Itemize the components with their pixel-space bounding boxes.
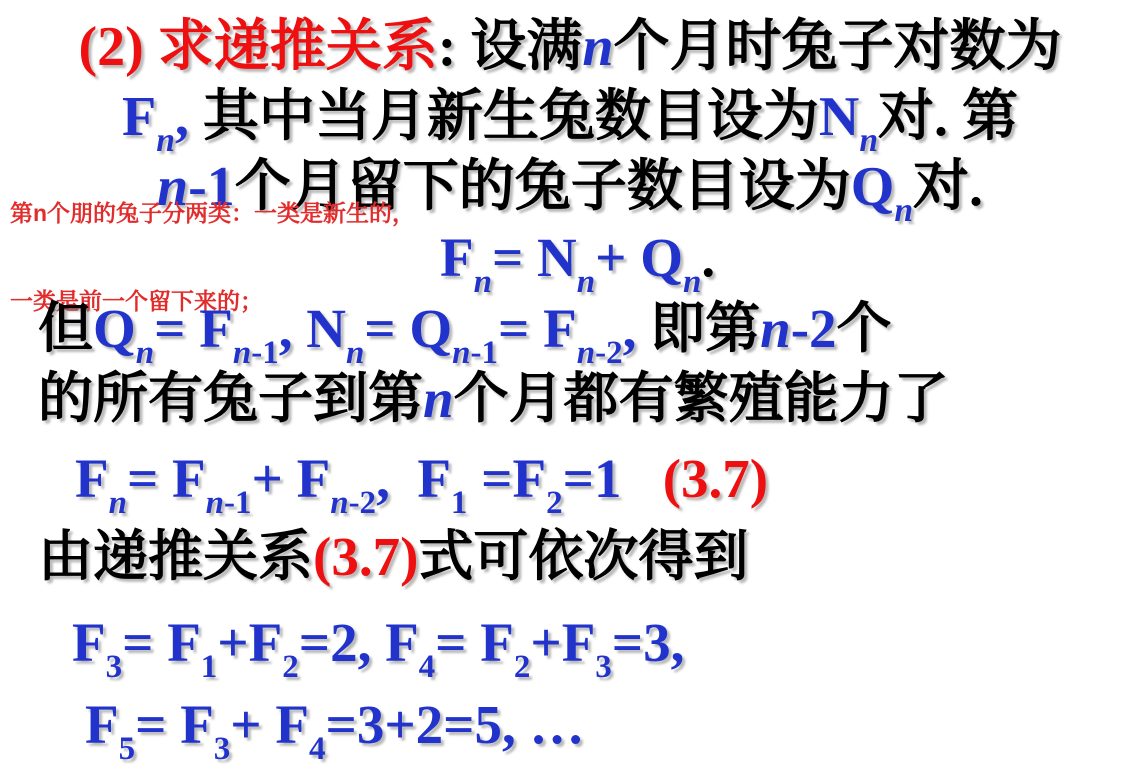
subscript-segment: 4 <box>309 731 326 767</box>
text-segment: +F <box>217 612 282 673</box>
subscript-segment: 3 <box>595 649 612 685</box>
text-segment: N <box>819 86 859 148</box>
subscript-segment: n <box>233 335 251 371</box>
text-segment: , <box>623 298 651 359</box>
equation-f3-f4: F3= F1+F2=2, F4= F2+F3=3, <box>72 608 1140 678</box>
text-segment: 即第 <box>650 298 760 359</box>
text-segment: (3.7) <box>313 526 418 587</box>
equation-sum: Fn= Nn+ Qn. <box>440 223 715 293</box>
subscript-segment: n <box>474 264 492 300</box>
text-segment: n <box>760 298 791 359</box>
text-segment: 个 <box>837 298 892 359</box>
text-segment: + F <box>230 694 309 755</box>
text-segment: = Q <box>364 298 452 359</box>
equation-recurrence: Fn= Fn-1+ Fn-2, F1 =F2=1 (3.7) <box>75 444 1140 514</box>
text-segment: 的所有兔子到第 <box>38 368 423 429</box>
title-line-1: (2) 求递推关系: 设满n个月时兔子对数为 <box>0 12 1140 82</box>
text-segment: Q <box>851 156 895 218</box>
text-segment: 但 <box>38 298 93 359</box>
text-segment: -2 <box>791 298 837 359</box>
text-segment: = F <box>498 298 577 359</box>
text-segment: 式可依次得到 <box>418 526 748 587</box>
text-segment: . <box>701 227 715 288</box>
text-segment: +F <box>530 612 595 673</box>
subscript-segment: 4 <box>419 649 436 685</box>
text-segment: , N <box>279 298 346 359</box>
title-line-2: Fn, 其中当月新生兔数目设为Nn对. 第 <box>0 82 1140 152</box>
text-segment: =2, F <box>299 612 419 673</box>
subscript-segment: -1 <box>224 485 252 521</box>
slide: (2) 求递推关系: 设满n个月时兔子对数为 Fn, 其中当月新生兔数目设为Nn… <box>0 0 1140 770</box>
note-row: 第n个朋的兔子分两类：一类是新生的， 一类是前一个留下来的； Fn= Nn+ Q… <box>0 222 1140 294</box>
text-segment: + F <box>252 448 331 509</box>
text-segment: =F <box>467 448 546 509</box>
text-segment: 个月都有繁殖能力了 <box>454 368 949 429</box>
subscript-segment: n <box>156 122 175 159</box>
text-segment: : 设满 <box>438 16 583 78</box>
subscript-segment: 5 <box>119 731 136 767</box>
text-segment: 由递推关系 <box>38 526 313 587</box>
subscript-segment: n <box>330 485 348 521</box>
text-segment: = F <box>127 448 206 509</box>
subscript-segment: n <box>577 335 595 371</box>
subscript-segment: n <box>894 192 913 229</box>
subscript-segment: n <box>577 264 595 300</box>
text-segment: = F <box>122 612 201 673</box>
subscript-segment: -1 <box>471 335 499 371</box>
subscript-segment: -2 <box>349 485 377 521</box>
text-segment: = F <box>435 612 514 673</box>
text-segment: F <box>122 86 156 148</box>
text-segment: 其中当月新生兔数目设为 <box>203 86 819 148</box>
subscript-segment: n <box>109 485 127 521</box>
text-segment: 对. 第 <box>878 86 1018 148</box>
line-breeding-ability: 的所有兔子到第n个月都有繁殖能力了 <box>38 364 1140 434</box>
text-segment: Q <box>93 298 136 359</box>
text-segment: =1 <box>563 448 622 509</box>
text-segment: = F <box>154 298 233 359</box>
subscript-segment: 2 <box>514 649 531 685</box>
text-segment: (3.7) <box>621 448 768 509</box>
note-line-1: 第n个朋的兔子分两类：一类是新生的， <box>10 199 440 228</box>
text-segment: , F <box>376 448 451 509</box>
subscript-segment: n <box>346 335 364 371</box>
text-segment: (2) 求递推关系 <box>78 16 437 78</box>
subscript-segment: 1 <box>201 649 218 685</box>
subscript-segment: n <box>859 122 878 159</box>
subscript-segment: 3 <box>214 731 231 767</box>
subscript-segment: -2 <box>595 335 623 371</box>
subscript-segment: n <box>683 264 701 300</box>
text-segment: 个月时兔子对数为 <box>614 16 1062 78</box>
subscript-segment: n <box>206 485 224 521</box>
subscript-segment: n <box>452 335 470 371</box>
text-segment: F <box>440 227 474 288</box>
text-segment: + Q <box>595 227 683 288</box>
text-segment: 对. <box>913 156 983 218</box>
text-segment: F <box>72 612 106 673</box>
line-qn-relations: 但Qn= Fn-1, Nn= Qn-1= Fn-2, 即第n-2个 <box>38 294 1140 364</box>
text-segment: = N <box>492 227 577 288</box>
text-segment: = F <box>135 694 214 755</box>
text-segment: =3+2=5, … <box>325 694 584 755</box>
subscript-segment: 1 <box>451 485 468 521</box>
subscript-segment: 2 <box>282 649 299 685</box>
text-segment: n <box>582 16 613 78</box>
line-from-recurrence: 由递推关系(3.7)式可依次得到 <box>38 522 1140 592</box>
text-segment: F <box>75 448 109 509</box>
text-segment: F <box>85 694 119 755</box>
subscript-segment: 2 <box>546 485 563 521</box>
text-segment: , <box>175 86 203 148</box>
text-segment: n <box>423 368 454 429</box>
subscript-segment: -1 <box>251 335 279 371</box>
text-segment: =3, <box>612 612 685 673</box>
subscript-segment: 3 <box>106 649 123 685</box>
subscript-segment: n <box>136 335 154 371</box>
equation-f5: F5= F3+ F4=3+2=5, … <box>85 690 1140 760</box>
